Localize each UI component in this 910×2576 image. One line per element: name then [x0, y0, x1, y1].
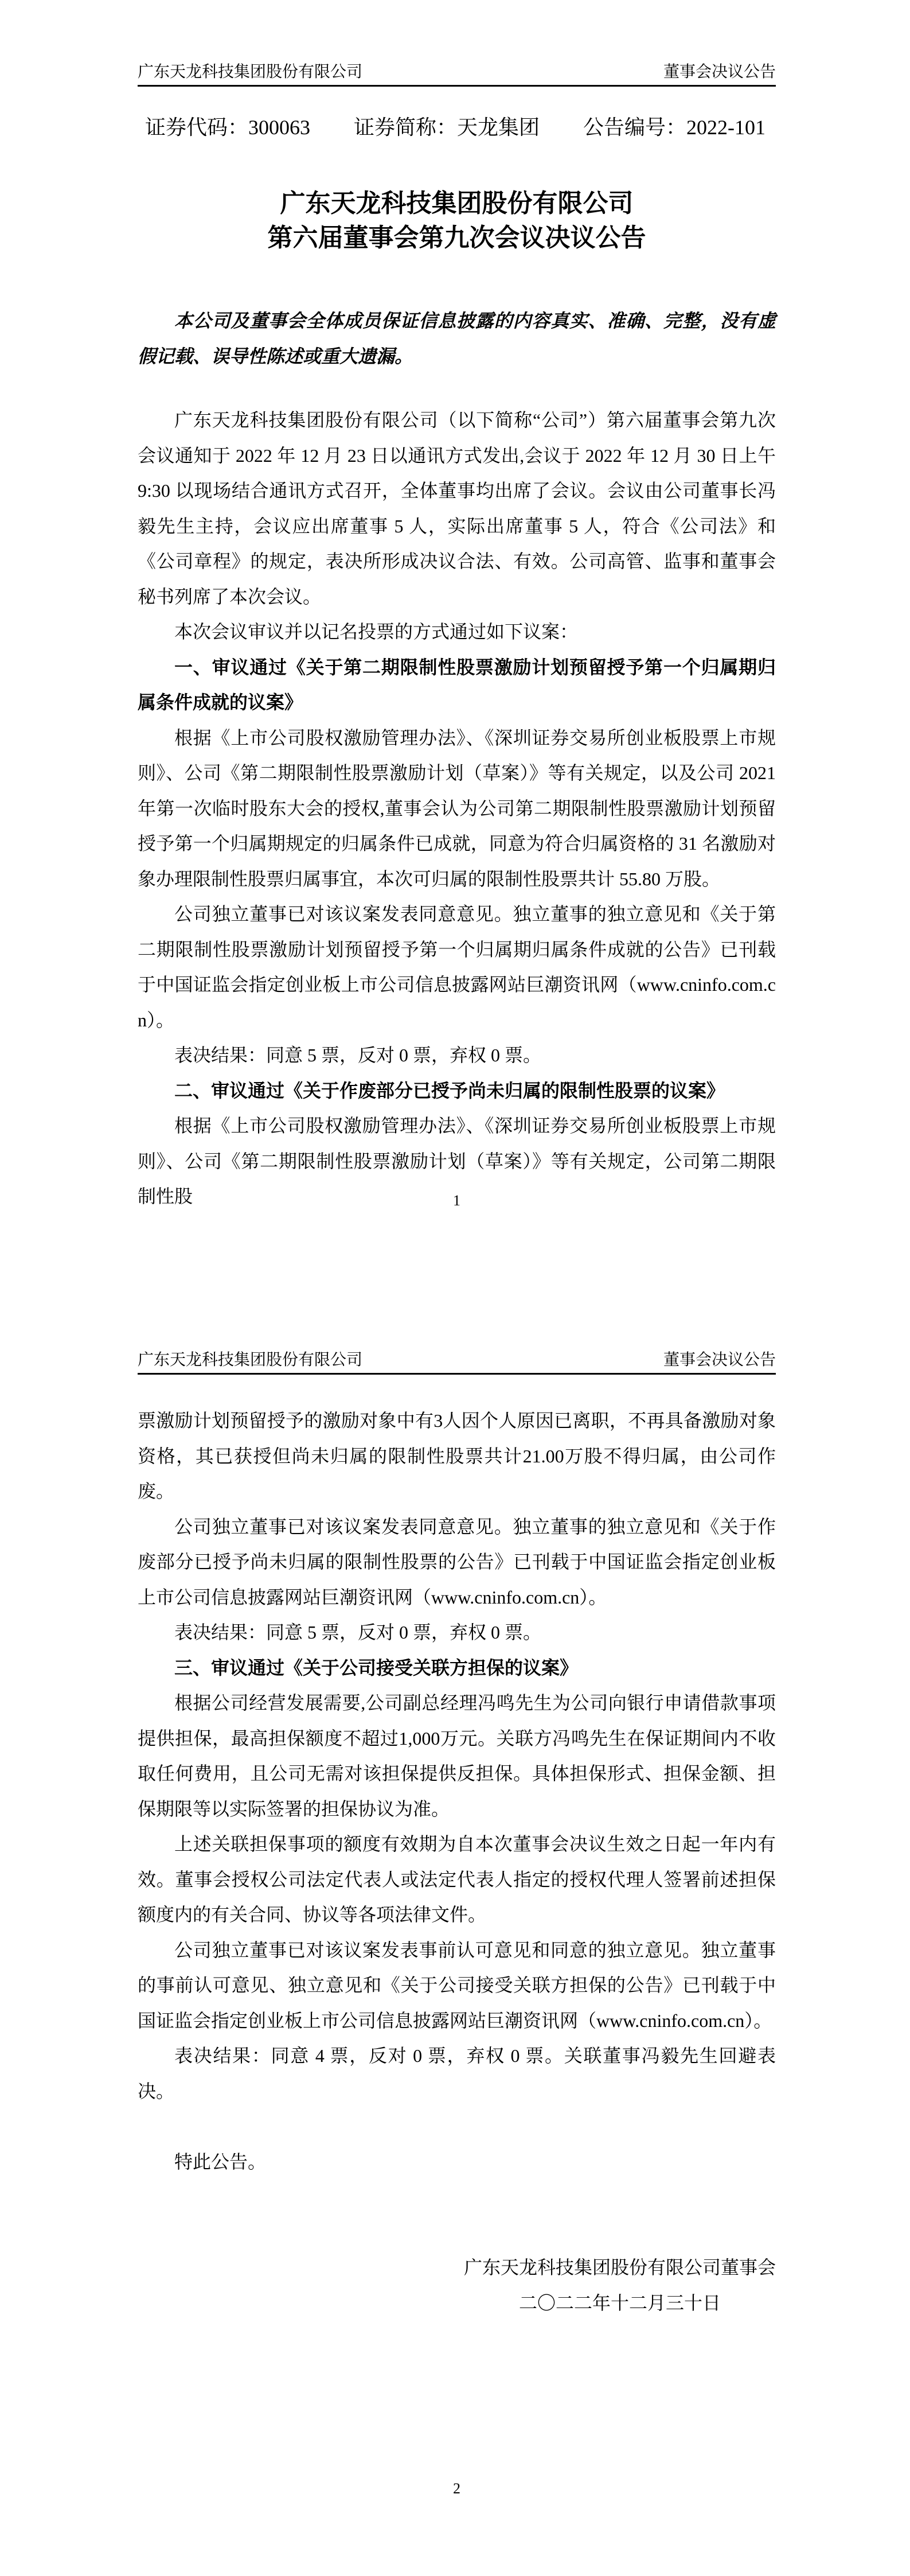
paragraph-resolution-3-opinion: 公司独立董事已对该议案发表事前认可意见和同意的独立意见。独立董事的事前认可意见、… [138, 1933, 776, 2039]
page-2: 广东天龙科技集团股份有限公司 董事会决议公告 票激励计划预留授予的激励对象中有3… [0, 1288, 910, 2576]
header-company-name: 广东天龙科技集团股份有限公司 [138, 1348, 362, 1372]
paragraph-meeting-info: 广东天龙科技集团股份有限公司（以下简称“公司”）第六届董事会第九次会议通知于 2… [138, 403, 776, 614]
security-name: 证券简称：天龙集团 [354, 115, 540, 139]
page-number-1: 1 [138, 1192, 776, 1209]
signature-block: 广东天龙科技集团股份有限公司董事会 二〇二二年十二月三十日 [138, 2250, 776, 2321]
signature-company: 广东天龙科技集团股份有限公司董事会 [464, 2250, 776, 2286]
title-line-1: 广东天龙科技集团股份有限公司 [138, 186, 776, 221]
disclaimer-statement: 本公司及董事会全体成员保证信息披露的内容真实、准确、完整，没有虚假记载、误导性陈… [138, 303, 776, 374]
document-title: 广东天龙科技集团股份有限公司 第六届董事会第九次会议决议公告 [138, 186, 776, 255]
header-doc-type: 董事会决议公告 [663, 60, 776, 84]
paragraph-resolution-2-detail-continued: 票激励计划预留授予的激励对象中有3人因个人原因已离职，不再具备激励对象资格，其已… [138, 1403, 776, 1509]
vote-result-2: 表决结果：同意 5 票，反对 0 票，弃权 0 票。 [138, 1615, 776, 1651]
header-doc-type: 董事会决议公告 [663, 1348, 776, 1372]
header-company-name: 广东天龙科技集团股份有限公司 [138, 60, 362, 84]
vote-result-1: 表决结果：同意 5 票，反对 0 票，弃权 0 票。 [138, 1038, 776, 1073]
paragraph-resolution-3-detail: 根据公司经营发展需要,公司副总经理冯鸣先生为公司向银行申请借款事项提供担保，最高… [138, 1686, 776, 1827]
paragraph-voting-intro: 本次会议审议并以记名投票的方式通过如下议案： [138, 614, 776, 650]
running-header: 广东天龙科技集团股份有限公司 董事会决议公告 [138, 1348, 776, 1375]
closing-statement: 特此公告。 [138, 2145, 776, 2180]
resolution-heading-3: 三、审议通过《关于公司接受关联方担保的议案》 [138, 1651, 776, 1686]
paragraph-resolution-2-opinion: 公司独立董事已对该议案发表同意意见。独立董事的独立意见和《关于作废部分已授予尚未… [138, 1509, 776, 1616]
paragraph-resolution-3-validity: 上述关联担保事项的额度有效期为自本次董事会决议生效之日起一年内有效。董事会授权公… [138, 1827, 776, 1933]
securities-meta-row: 证券代码：300063 证券简称：天龙集团 公告编号：2022-101 [138, 115, 776, 139]
paragraph-resolution-1-opinion: 公司独立董事已对该议案发表同意意见。独立董事的独立意见和《关于第二期限制性股票激… [138, 897, 776, 1038]
announcement-document: 广东天龙科技集团股份有限公司 董事会决议公告 证券代码：300063 证券简称：… [0, 0, 910, 2576]
resolution-heading-1: 一、审议通过《关于第二期限制性股票激励计划预留授予第一个归属期归属条件成就的议案… [138, 650, 776, 721]
page-number-2: 2 [138, 2480, 776, 2497]
vote-result-3: 表决结果：同意 4 票，反对 0 票，弃权 0 票。关联董事冯毅先生回避表决。 [138, 2038, 776, 2109]
security-code: 证券代码：300063 [145, 115, 310, 139]
title-line-2: 第六届董事会第九次会议决议公告 [138, 221, 776, 255]
paragraph-resolution-1-detail: 根据《上市公司股权激励管理办法》、《深圳证券交易所创业板股票上市规则》、公司《第… [138, 721, 776, 897]
running-header: 广东天龙科技集团股份有限公司 董事会决议公告 [138, 60, 776, 87]
announcement-number: 公告编号：2022-101 [583, 115, 766, 139]
page-1: 广东天龙科技集团股份有限公司 董事会决议公告 证券代码：300063 证券简称：… [0, 0, 910, 1288]
resolution-heading-2: 二、审议通过《关于作废部分已授予尚未归属的限制性股票的议案》 [138, 1073, 776, 1109]
signature-date: 二〇二二年十二月三十日 [464, 2286, 776, 2321]
